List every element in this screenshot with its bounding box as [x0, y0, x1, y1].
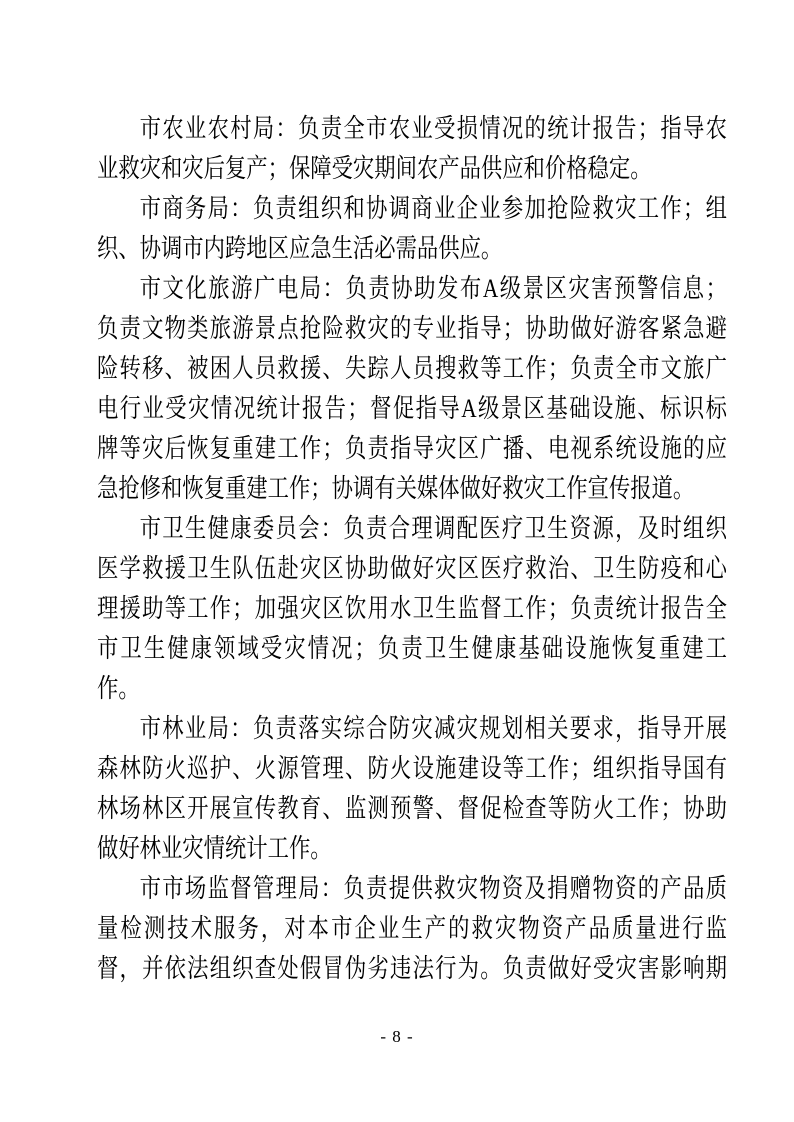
text-line: 市卫生健康领域受灾情况；负责卫生健康基础设施恢复重建工: [97, 629, 727, 669]
text-line: 电行业受灾情况统计报告；督促指导A级景区基础设施、标识标: [97, 389, 727, 429]
text-line: 急抢修和恢复重建工作；协调有关媒体做好救灾工作宣传报道。: [97, 469, 727, 509]
text-line: 森林防火巡护、火源管理、防火设施建设等工作；组织指导国有: [97, 749, 727, 789]
text-line: 市农业农村局：负责全市农业受损情况的统计报告；指导农: [97, 109, 727, 149]
paragraph-culture-tourism-bureau: 市文化旅游广电局：负责协助发布A级景区灾害预警信息； 负责文物类旅游景点抢险救灾…: [97, 269, 727, 509]
text-line: 督，并依法组织查处假冒伪劣违法行为。负责做好受灾害影响期: [97, 949, 727, 989]
text-line: 牌等灾后恢复重建工作；负责指导灾区广播、电视系统设施的应: [97, 429, 727, 469]
text-line: 做好林业灾情统计工作。: [97, 829, 727, 869]
text-line: 林场林区开展宣传教育、监测预警、督促检查等防火工作；协助: [97, 789, 727, 829]
body-text: 市农业农村局：负责全市农业受损情况的统计报告；指导农 业救灾和灾后复产；保障受灾…: [97, 109, 727, 989]
text-line: 量检测技术服务，对本市企业生产的救灾物资产品质量进行监: [97, 909, 727, 949]
paragraph-health-commission: 市卫生健康委员会：负责合理调配医疗卫生资源，及时组织 医学救援卫生队伍赴灾区协助…: [97, 509, 727, 709]
page-number: - 8 -: [0, 1026, 794, 1048]
text-line: 市文化旅游广电局：负责协助发布A级景区灾害预警信息；: [97, 269, 727, 309]
text-line: 市市场监督管理局：负责提供救灾物资及捐赠物资的产品质: [97, 869, 727, 909]
paragraph-agriculture-bureau: 市农业农村局：负责全市农业受损情况的统计报告；指导农 业救灾和灾后复产；保障受灾…: [97, 109, 727, 189]
text-line: 负责文物类旅游景点抢险救灾的专业指导；协助做好游客紧急避: [97, 309, 727, 349]
text-line: 市卫生健康委员会：负责合理调配医疗卫生资源，及时组织: [97, 509, 727, 549]
text-line: 织、协调市内跨地区应急生活必需品供应。: [97, 229, 727, 269]
text-line: 市商务局：负责组织和协调商业企业参加抢险救灾工作；组: [97, 189, 727, 229]
paragraph-commerce-bureau: 市商务局：负责组织和协调商业企业参加抢险救灾工作；组 织、协调市内跨地区应急生活…: [97, 189, 727, 269]
paragraph-market-regulation-bureau: 市市场监督管理局：负责提供救灾物资及捐赠物资的产品质 量检测技术服务，对本市企业…: [97, 869, 727, 989]
text-line: 作。: [97, 669, 727, 709]
text-line: 业救灾和灾后复产；保障受灾期间农产品供应和价格稳定。: [97, 149, 727, 189]
document-page: 市农业农村局：负责全市农业受损情况的统计报告；指导农 业救灾和灾后复产；保障受灾…: [0, 0, 794, 1122]
text-line: 医学救援卫生队伍赴灾区协助做好灾区医疗救治、卫生防疫和心: [97, 549, 727, 589]
text-line: 险转移、被困人员救援、失踪人员搜救等工作；负责全市文旅广: [97, 349, 727, 389]
text-line: 理援助等工作；加强灾区饮用水卫生监督工作；负责统计报告全: [97, 589, 727, 629]
text-line: 市林业局：负责落实综合防灾减灾规划相关要求，指导开展: [97, 709, 727, 749]
paragraph-forestry-bureau: 市林业局：负责落实综合防灾减灾规划相关要求，指导开展 森林防火巡护、火源管理、防…: [97, 709, 727, 869]
